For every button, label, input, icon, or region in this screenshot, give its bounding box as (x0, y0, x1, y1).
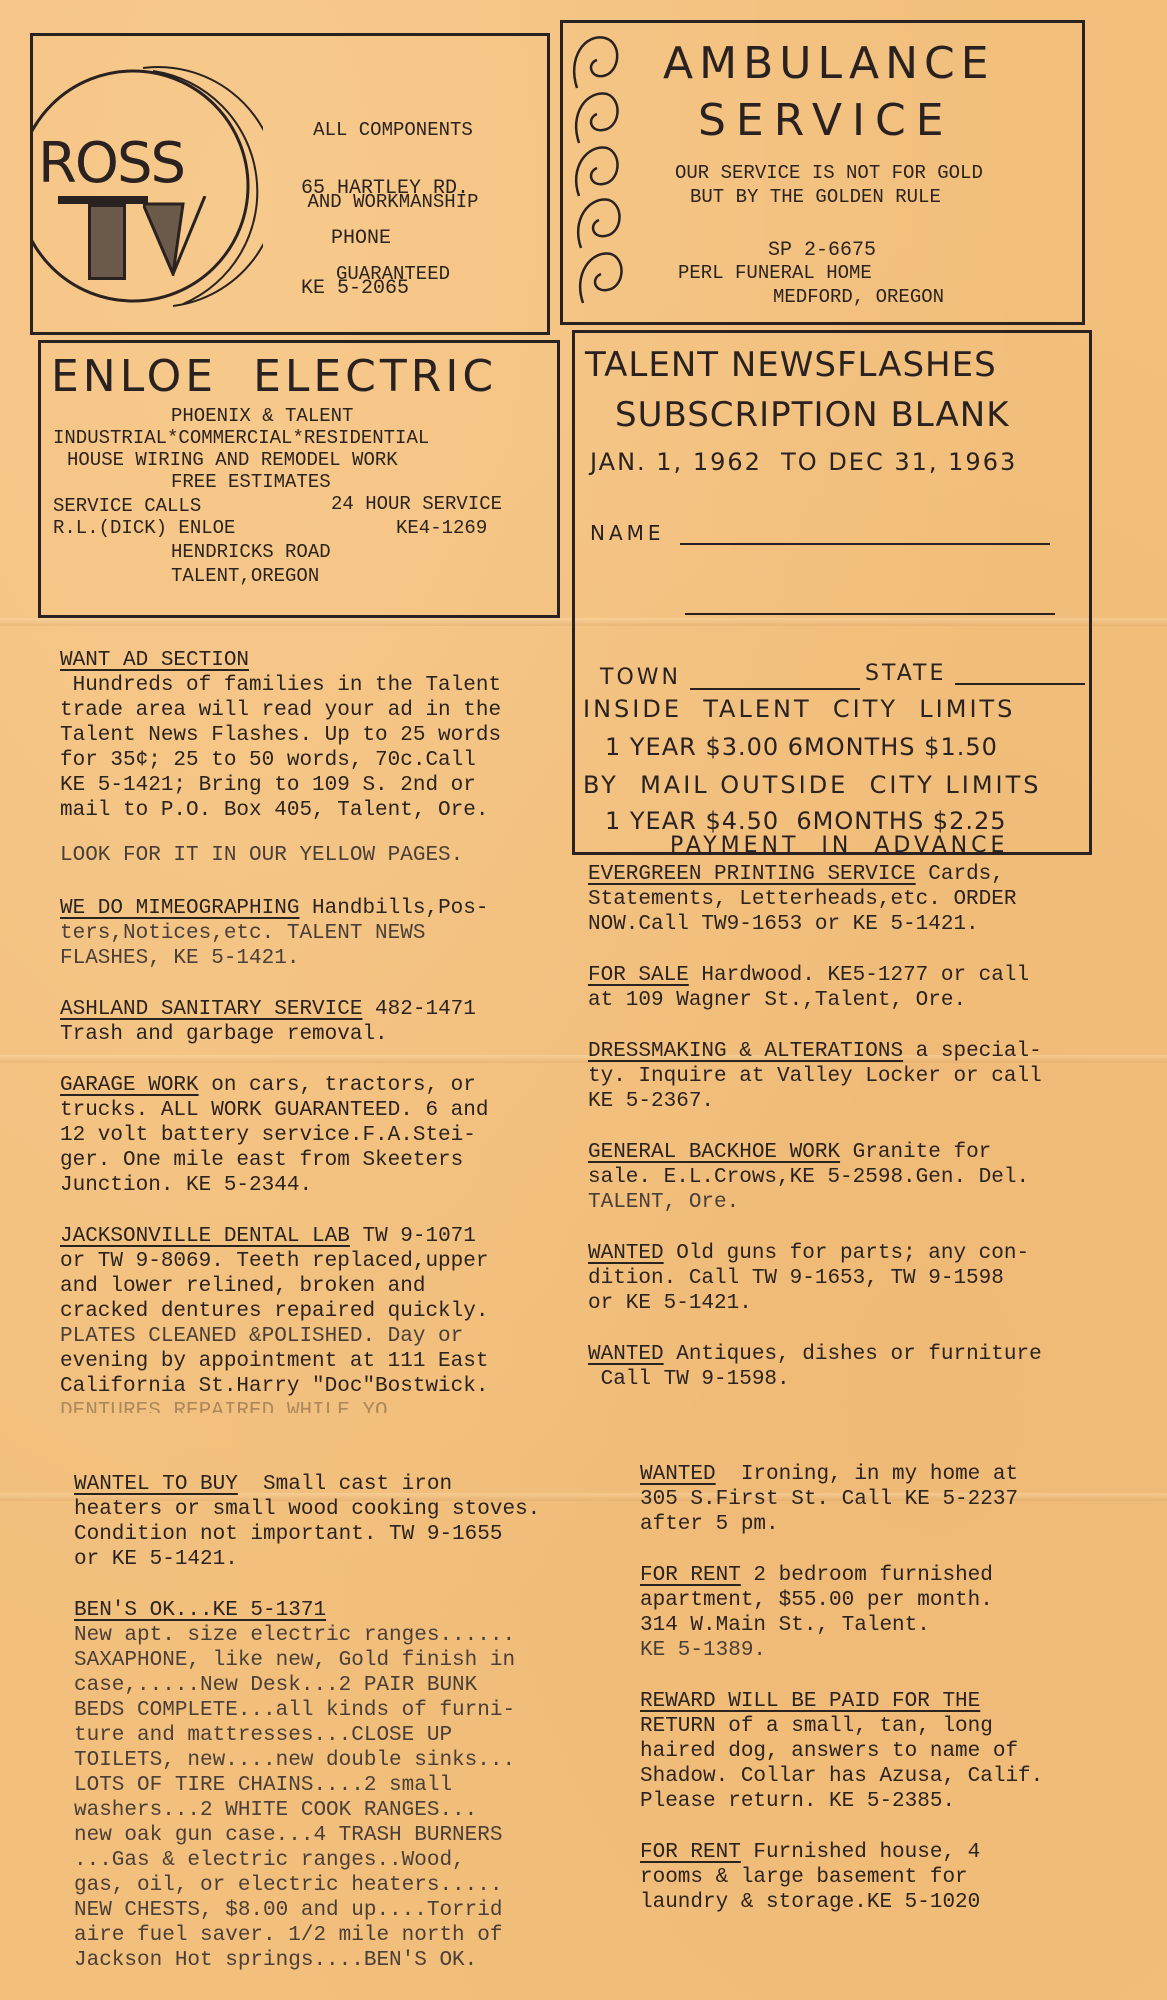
wanted-ironing-ad: WANTED Ironing, in my home at 305 S.Firs… (640, 1462, 1160, 1537)
sanitary-service-ad: ASHLAND SANITARY SERVICE 482-1471 Trash … (60, 997, 580, 1047)
ad-heading: WE DO MIMEOGRAPHING (60, 897, 299, 920)
ad-heading: EVERGREEN PRINTING SERVICE (588, 863, 916, 886)
reward-lost-dog-ad: REWARD WILL BE PAID FOR THE RETURN of a … (640, 1689, 1160, 1814)
inside-city-label: INSIDE TALENT CITY LIMITS (583, 695, 1015, 723)
ambulance-title: AMBULANCE (663, 38, 995, 89)
enloe-line: HOUSE WIRING AND REMODEL WORK (67, 449, 398, 471)
town-field[interactable] (690, 688, 860, 690)
backhoe-work-ad: GENERAL BACKHOE WORK Granite for sale. E… (588, 1140, 1148, 1215)
ads-left-column: WANT AD SECTION Hundreds of families in … (60, 648, 580, 1413)
ross-phone: KE 5-2065 (301, 276, 409, 301)
ad-heading: DRESSMAKING & ALTERATIONS (588, 1040, 903, 1063)
wanted-to-buy-ad: WANTEL TO BUY Small cast iron heaters or… (74, 1472, 634, 1572)
name-field[interactable] (680, 543, 1050, 545)
subscription-blank: TALENT NEWSFLASHES SUBSCRIPTION BLANK JA… (572, 330, 1092, 855)
ads-bottom-right-column: WANTED Ironing, in my home at 305 S.Firs… (640, 1462, 1160, 1915)
enloe-24-hour: 24 HOUR SERVICE (331, 493, 502, 515)
ad-heading: WANT AD SECTION (60, 648, 580, 673)
address-field[interactable] (685, 613, 1055, 615)
wanted-guns-ad: WANTED Old guns for parts; any con- diti… (588, 1241, 1148, 1316)
ad-heading: BEN'S OK...KE 5-1371 (74, 1599, 326, 1622)
ads-right-column: EVERGREEN PRINTING SERVICE Cards, Statem… (588, 862, 1148, 1392)
ad-heading: GARAGE WORK (60, 1074, 199, 1097)
wanted-antiques-ad: WANTED Antiques, dishes or furniture Cal… (588, 1342, 1148, 1392)
ad-heading: WANTED (588, 1343, 664, 1366)
ad-heading: JACKSONVILLE DENTAL LAB (60, 1225, 350, 1248)
ad-heading: REWARD WILL BE PAID FOR THE (640, 1690, 980, 1713)
state-field[interactable] (955, 683, 1085, 685)
ads-bottom-left-column: WANTEL TO BUY Small cast iron heaters or… (74, 1472, 634, 1973)
ad-heading: ASHLAND SANITARY SERVICE (60, 998, 362, 1021)
subscription-title-blank: SUBSCRIPTION BLANK (615, 395, 1010, 435)
ross-address: 65 HARTLEY RD. (301, 176, 469, 201)
mail-outside-label: BY MAIL OUTSIDE CITY LIMITS (583, 771, 1042, 799)
ambulance-ad: AMBULANCE SERVICE OUR SERVICE IS NOT FOR… (560, 20, 1085, 325)
enloe-title: ENLOE ELECTRIC (51, 351, 497, 402)
subscription-title: TALENT NEWSFLASHES (585, 345, 997, 385)
subscription-period: JAN. 1, 1962 TO DEC 31, 1963 (590, 448, 1017, 476)
ambulance-name: PERL FUNERAL HOME (678, 261, 872, 286)
garage-work-ad: GARAGE WORK on cars, tractors, or trucks… (60, 1073, 580, 1198)
ad-heading: GENERAL BACKHOE WORK (588, 1141, 840, 1164)
enloe-service-calls: SERVICE CALLS (53, 495, 201, 517)
enloe-city: TALENT,OREGON (171, 565, 319, 587)
bens-ok-ad: BEN'S OK...KE 5-1371 New apt. size elect… (74, 1598, 634, 1973)
enloe-road: HENDRICKS ROAD (171, 541, 331, 563)
want-ad-section: WANT AD SECTION Hundreds of families in … (60, 648, 580, 823)
name-label: NAME (590, 521, 665, 545)
dressmaking-ad: DRESSMAKING & ALTERATIONS a special- ty.… (588, 1039, 1148, 1114)
house-for-rent-ad: FOR RENT Furnished house, 4 rooms & larg… (640, 1840, 1160, 1915)
ad-heading: WANTEL TO BUY (74, 1473, 238, 1496)
ad-heading: WANTED (588, 1242, 664, 1265)
ad-heading: FOR SALE (588, 964, 689, 987)
inside-city-rates: 1 YEAR $3.00 6MONTHS $1.50 (605, 733, 998, 761)
ross-phone-label: PHONE (331, 226, 391, 251)
hardwood-for-sale-ad: FOR SALE Hardwood. KE5-1277 or call at 1… (588, 963, 1148, 1013)
mimeographing-ad: WE DO MIMEOGRAPHING Handbills,Pos- ters,… (60, 896, 580, 971)
ross-logo-text: ROSS (38, 131, 184, 196)
ambulance-city: MEDFORD, OREGON (773, 285, 944, 310)
dental-lab-ad: JACKSONVILLE DENTAL LAB TW 9-1071 or TW … (60, 1224, 580, 1413)
enloe-line: FREE ESTIMATES (171, 471, 331, 493)
ad-heading: FOR RENT (640, 1841, 741, 1864)
ross-tv-ad: ROSS ALL COMPONENTS AND WORKMANSHIP GUAR… (30, 33, 550, 335)
ambulance-motto: BUT BY THE GOLDEN RULE (690, 185, 941, 210)
enloe-line: PHOENIX & TALENT (171, 405, 353, 427)
swirl-decoration-icon (565, 28, 625, 318)
payment-note: PAYMENT IN ADVANCE (670, 833, 1008, 858)
enloe-phone: KE4-1269 (396, 517, 487, 539)
ross-tagline: ALL COMPONENTS (273, 118, 513, 142)
yellow-pages-note: LOOK FOR IT IN OUR YELLOW PAGES. (60, 843, 580, 868)
evergreen-printing-ad: EVERGREEN PRINTING SERVICE Cards, Statem… (588, 862, 1148, 937)
ad-heading: WANTED (640, 1463, 716, 1486)
ambulance-title-service: SERVICE (698, 95, 954, 146)
ambulance-phone: SP 2-6675 (768, 238, 876, 263)
state-label: STATE (865, 661, 946, 686)
enloe-line: INDUSTRIAL*COMMERCIAL*RESIDENTIAL (53, 427, 429, 449)
ad-heading: FOR RENT (640, 1564, 741, 1587)
town-label: TOWN (600, 665, 681, 690)
apartment-for-rent-ad: FOR RENT 2 bedroom furnished apartment, … (640, 1563, 1160, 1663)
ambulance-motto: OUR SERVICE IS NOT FOR GOLD (675, 161, 983, 186)
enloe-owner: R.L.(DICK) ENLOE (53, 517, 235, 539)
mail-outside-rates: 1 YEAR $4.50 6MONTHS $2.25 (605, 807, 1007, 835)
enloe-electric-ad: ENLOE ELECTRIC PHOENIX & TALENT INDUSTRI… (38, 340, 560, 618)
